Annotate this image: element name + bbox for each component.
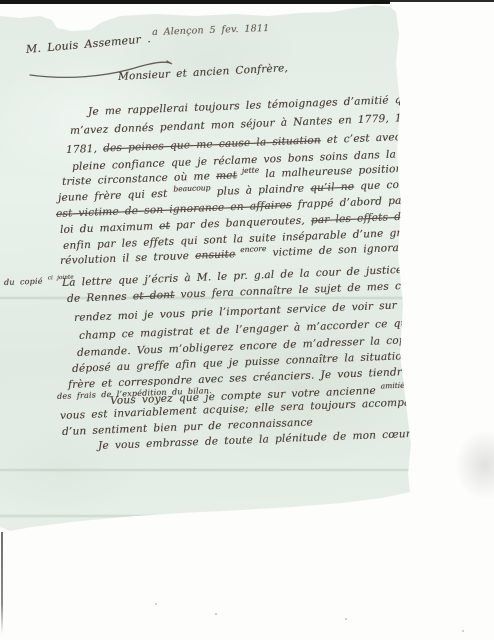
struck-text: Il [446,177,454,189]
handwriting-text: du copié [4,276,48,287]
handwriting-text: révolution il se trouve [60,250,196,267]
struck-text: met [216,169,237,182]
struck-text: qu’il ne [310,181,354,195]
scan-shadow [455,430,494,500]
letter-paper: a Alençon 5 fev. 1811M. Louis Assemeur .… [0,0,494,640]
paper-crease [0,514,414,518]
handwriting-text: a Alençon 5 fev. 1811 [152,23,270,38]
interline-insertion: jette [237,166,260,176]
handwriting-text: que coupable. [354,177,446,193]
interline-insertion: amitié [376,381,405,391]
interline-insertion: beaucoup [173,183,210,193]
handwriting-text: loi du maximum [60,220,160,236]
handwriting-text: jeune frère qui est [58,188,174,204]
dust-speck [155,603,157,605]
struck-text: ensuite [195,248,236,262]
struck-text: par les effets de [311,211,408,227]
paper-crease [0,468,414,472]
dateline: a Alençon 5 fev. 1811 [152,23,270,39]
addressee: M. Louis Assemeur . [25,33,151,56]
struck-text: et dont [133,289,175,303]
dust-speck [345,618,347,620]
dust-speck [462,630,464,632]
handwriting-text: ; la mienne [404,381,471,396]
handwriting-text: plus à plaindre [210,182,310,198]
scan-background: a Alençon 5 fev. 1811M. Louis Assemeur .… [0,0,494,640]
scanner-top-strip-artifact [0,0,390,4]
handwriting-text: de Rennes [67,290,133,305]
scanner-left-line-artifact [1,532,3,634]
handwriting-text: et c’est avec une [321,130,428,146]
interline-insertion: encore [235,244,266,254]
struck-text: des peines que me cause la situation [103,134,321,154]
handwriting-text: frappé d’abord par la fatale [291,192,460,210]
handwriting-text: par des banqueroutes, [170,214,311,231]
handwriting-text: 1781, [66,143,104,156]
handwriting-text: M. Louis Assemeur . [25,32,151,56]
struck-text: et [159,220,170,232]
dust-speck [215,613,217,615]
